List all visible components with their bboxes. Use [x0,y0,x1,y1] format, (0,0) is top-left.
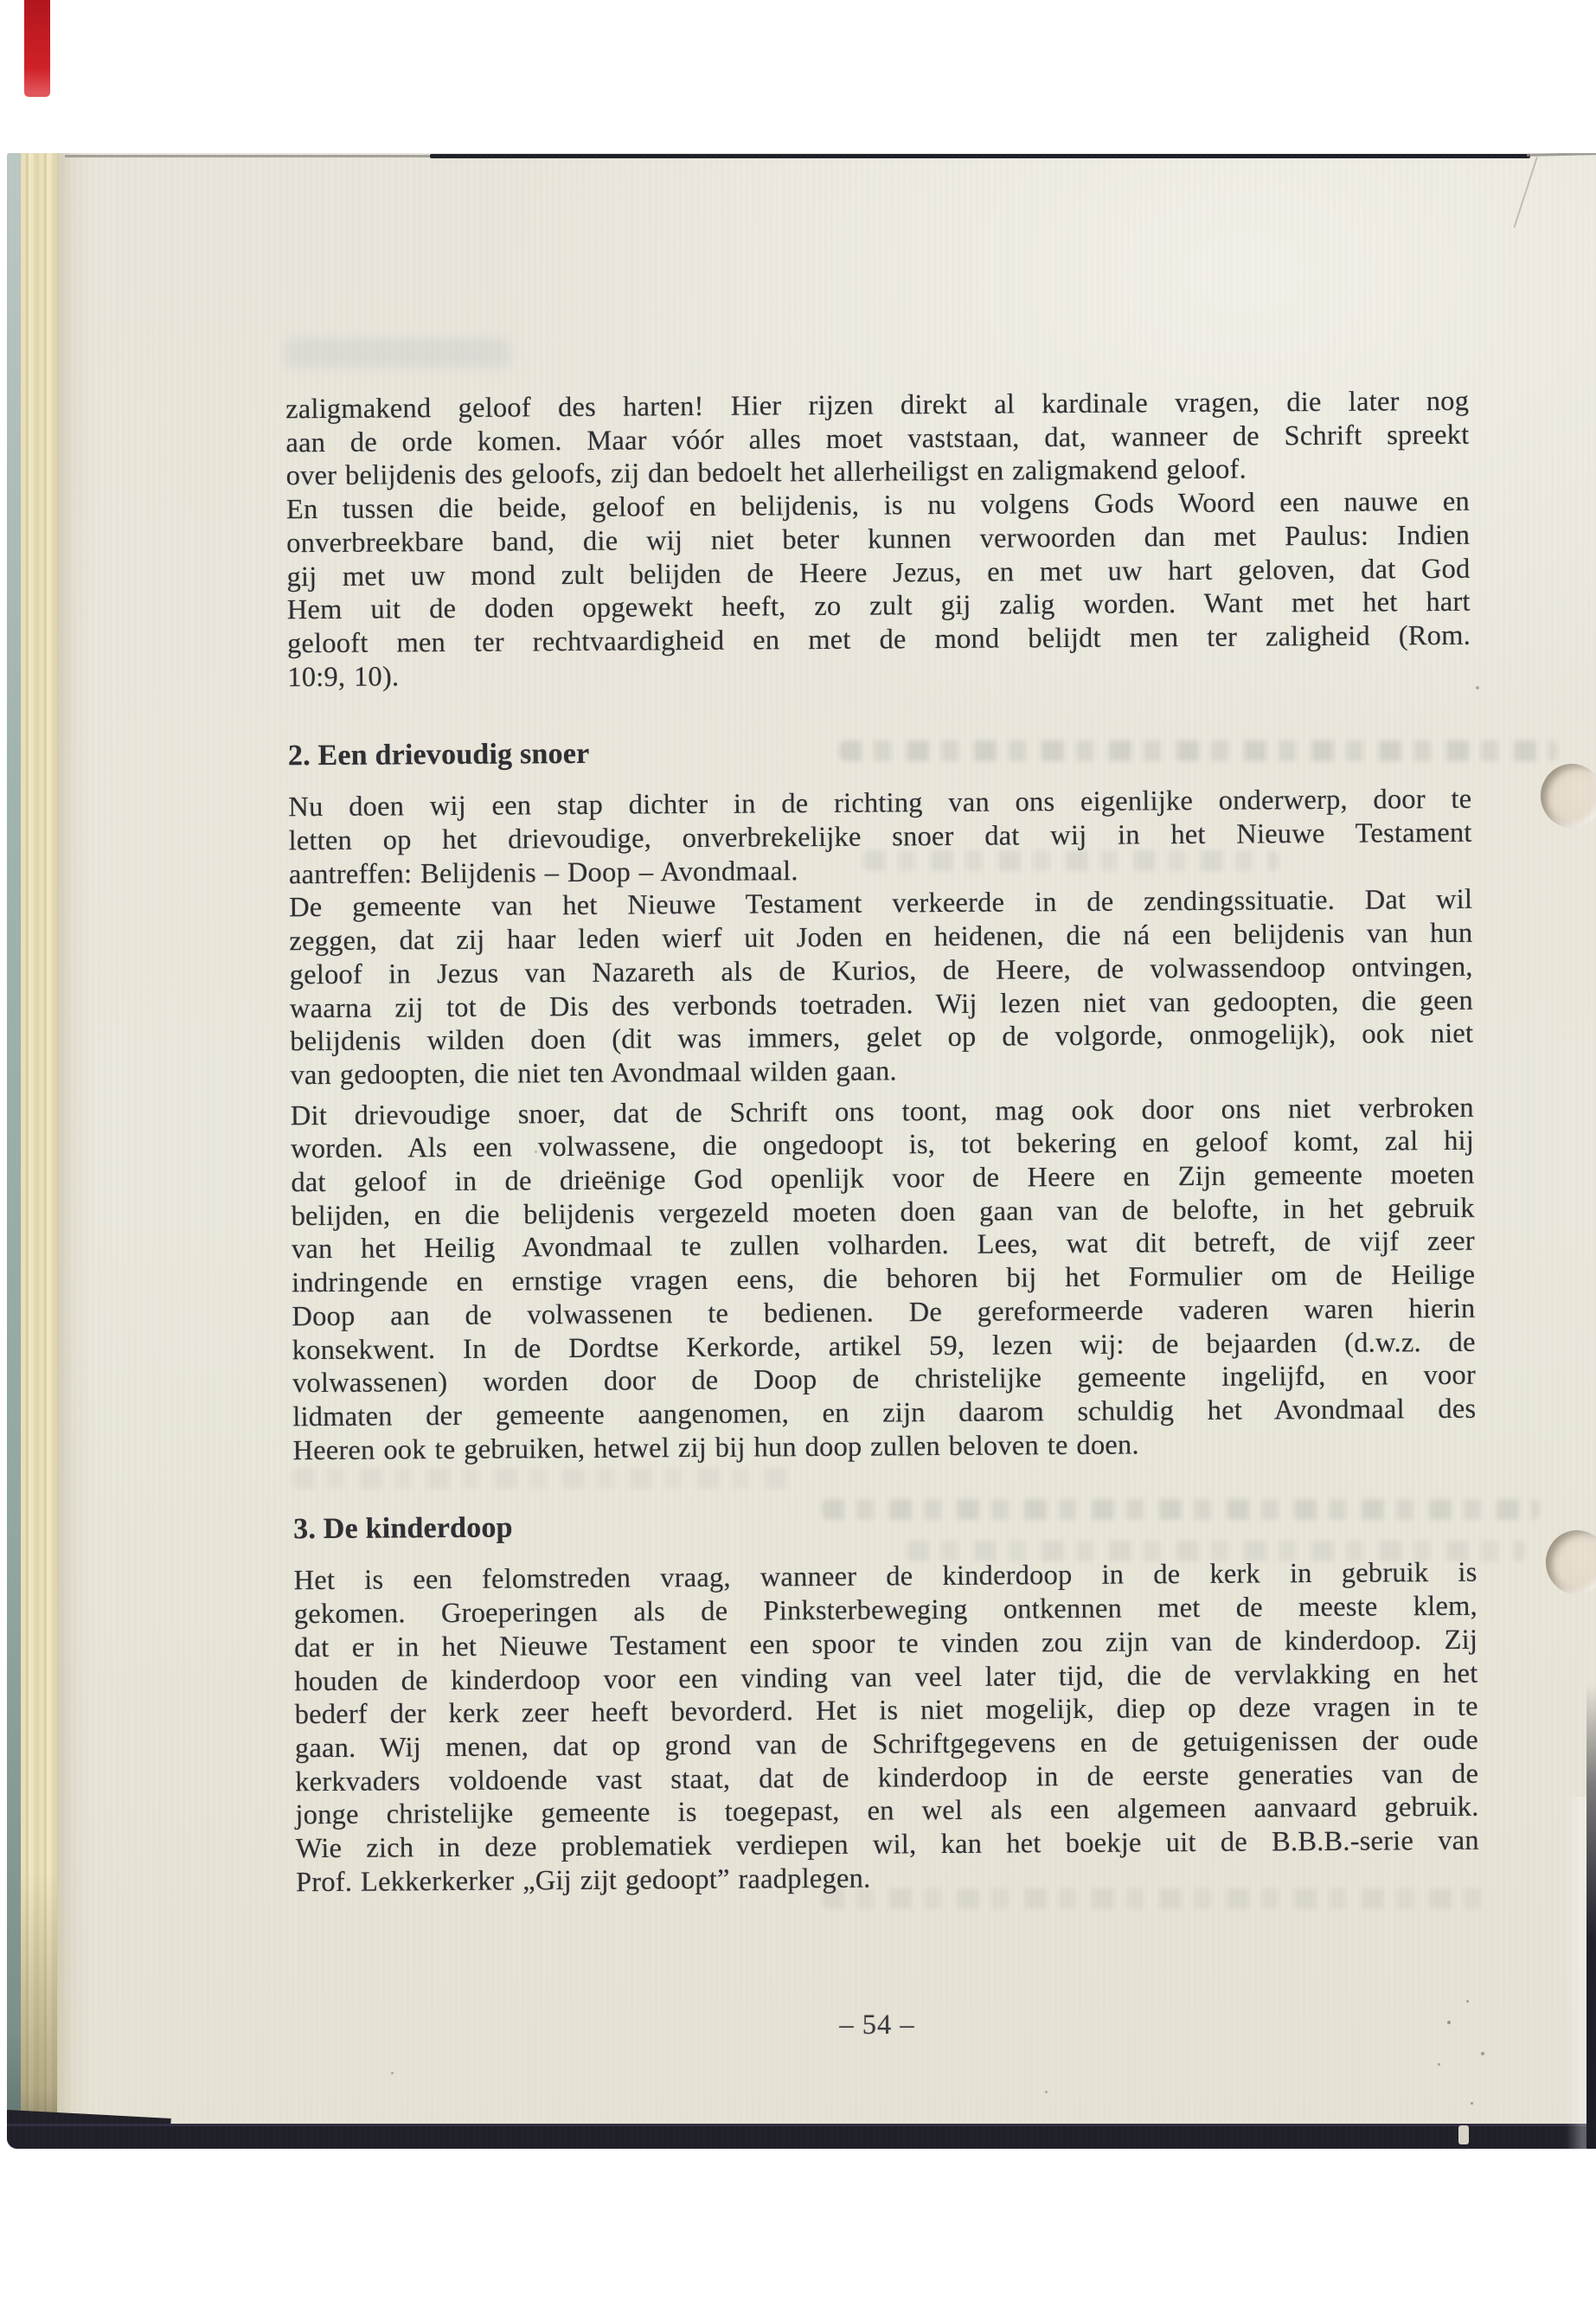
paragraph: De gemeente van het Nieuwe Testament ver… [289,883,1474,1093]
paragraph: Het is een felomstreden vraag, wanneer d… [293,1556,1479,1900]
page-stack-edge-teal [7,153,21,2149]
section-heading: 2. Een drievoudig snoer [288,729,1471,776]
paragraph: Dit drievoudige snoer, dat de Schrift on… [291,1091,1477,1467]
dust-speck [1466,2000,1469,2003]
top-cover-edge-left [65,155,430,157]
page-stack-edge-tan [21,153,57,2149]
scanned-book-page-photo: zaligmakend geloof des harten! Hier rijz… [0,0,1596,2301]
paper-crease [1513,157,1537,228]
bottom-cover-notch [1458,2125,1469,2144]
dust-speck [1476,686,1479,689]
paragraph: zaligmakend geloof des harten! Hier rijz… [285,385,1470,494]
punch-hole-bottom [1546,1530,1596,1594]
page-number: – 54 – [285,2008,1469,2042]
dust-speck [1471,2102,1473,2105]
section-heading: 3. De kinderdoop [293,1503,1477,1549]
right-cover-edge [1586,1684,1596,2149]
top-cover-edge-right [1527,153,1596,157]
top-cover-edge [430,154,1530,158]
page-edge-shadow [57,153,92,2149]
page-text: zaligmakend geloof des harten! Hier rijz… [285,385,1479,1900]
dust-speck [1045,2091,1048,2093]
red-bookmark-strip [24,0,50,97]
punch-hole-top [1541,764,1596,828]
dust-speck [1438,2063,1440,2066]
book-page: zaligmakend geloof des harten! Hier rijz… [7,153,1596,2149]
bottom-cover-edge [7,2124,1596,2149]
dust-speck [391,2072,394,2074]
bleed-through-text [285,338,510,368]
paragraph: Nu doen wij een stap dichter in de richt… [288,783,1472,892]
dust-speck [1481,2052,1484,2055]
right-page-edge-highlight [1566,1797,1586,2149]
text-line: van gedoopten, die niet ten Avondmaal wi… [290,1051,1473,1093]
paragraph: En tussen die beide, geloof en belijdeni… [286,485,1471,695]
